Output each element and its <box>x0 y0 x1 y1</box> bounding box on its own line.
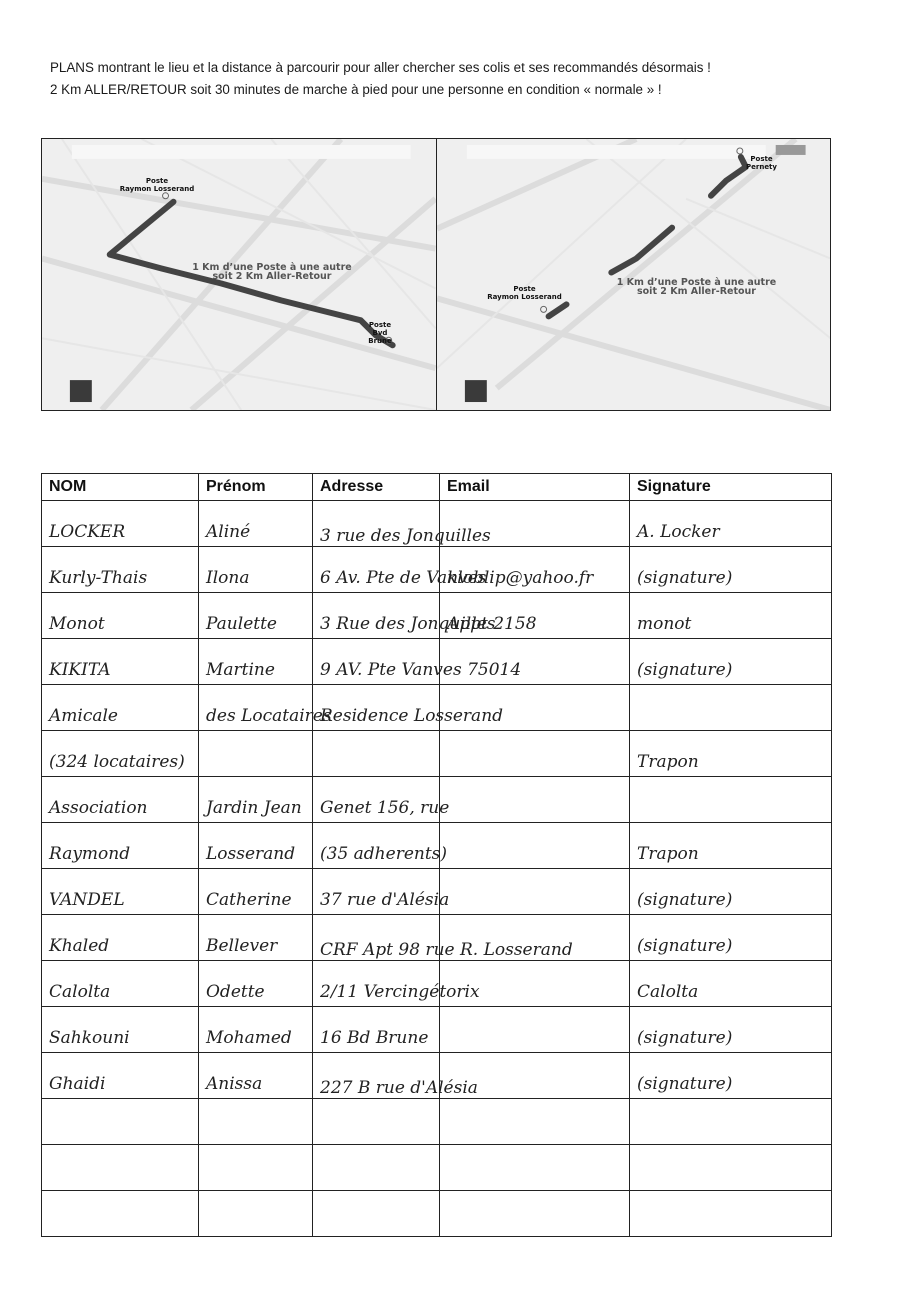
cell-nom: Calolta <box>42 961 199 1007</box>
cell-prenom <box>199 1191 313 1237</box>
cell-prenom <box>199 731 313 777</box>
column-header-email: Email <box>440 474 630 501</box>
cell-signature: (signature) <box>630 869 832 915</box>
end-post-label: PosteBvd Brune <box>360 321 400 345</box>
cell-nom: Ghaidi <box>42 1053 199 1099</box>
cell-adresse: 227 B rue d'Alésia <box>313 1053 440 1099</box>
cell-signature: Trapon <box>630 731 832 777</box>
cell-nom: LOCKER <box>42 501 199 547</box>
table-row: LOCKERAliné3 rue des JonquillesA. Locker <box>42 501 832 547</box>
cell-email <box>440 1191 630 1237</box>
cell-signature <box>630 1145 832 1191</box>
cell-signature: (signature) <box>630 639 832 685</box>
intro-line-1: PLANS montrant le lieu et la distance à … <box>50 57 711 79</box>
cell-email <box>440 1007 630 1053</box>
cell-adresse: 3 rue des Jonquilles <box>313 501 440 547</box>
cell-prenom: Paulette <box>199 593 313 639</box>
cell-email <box>440 869 630 915</box>
cell-adresse: Residence Losserand <box>313 685 440 731</box>
cell-nom: VANDEL <box>42 869 199 915</box>
cell-adresse <box>313 1191 440 1237</box>
cell-prenom: des Locataires <box>199 685 313 731</box>
table-row: KhaledBelleverCRF Apt 98 rue R. Losseran… <box>42 915 832 961</box>
cell-signature: Trapon <box>630 823 832 869</box>
cell-nom: Monot <box>42 593 199 639</box>
cell-email: kloblip@yahoo.fr <box>440 547 630 593</box>
cell-prenom: Jardin Jean <box>199 777 313 823</box>
cell-email <box>440 777 630 823</box>
cell-adresse: 2/11 Vercingétorix <box>313 961 440 1007</box>
start-post-label: PosteRaymon Losserand <box>485 285 565 301</box>
table-row: RaymondLosserand(35 adherents)Trapon <box>42 823 832 869</box>
map-route-graphic <box>437 139 831 410</box>
cell-adresse: 37 rue d'Alésia <box>313 869 440 915</box>
cell-signature <box>630 1099 832 1145</box>
cell-prenom: Catherine <box>199 869 313 915</box>
cell-prenom: Mohamed <box>199 1007 313 1053</box>
cell-signature <box>630 777 832 823</box>
cell-email: Appt 2158 <box>440 593 630 639</box>
column-header-nom: NOM <box>42 474 199 501</box>
cell-adresse: (35 adherents) <box>313 823 440 869</box>
table-row: Amicaledes LocatairesResidence Losserand <box>42 685 832 731</box>
petition-table: NOM Prénom Adresse Email Signature LOCKE… <box>41 473 832 1237</box>
table-row: (324 locataires)Trapon <box>42 731 832 777</box>
table-row: VANDELCatherine37 rue d'Alésia(signature… <box>42 869 832 915</box>
cell-email <box>440 1145 630 1191</box>
cell-prenom: Aliné <box>199 501 313 547</box>
cell-nom <box>42 1099 199 1145</box>
cell-signature <box>630 685 832 731</box>
cell-nom: Association <box>42 777 199 823</box>
cell-nom: (324 locataires) <box>42 731 199 777</box>
table-row: MonotPaulette3 Rue des JonquillesAppt 21… <box>42 593 832 639</box>
table-row: Kurly-ThaisIlona6 Av. Pte de Vanvesklobl… <box>42 547 832 593</box>
cell-nom: KIKITA <box>42 639 199 685</box>
intro-line-2: 2 Km ALLER/RETOUR soit 30 minutes de mar… <box>50 79 711 101</box>
cell-signature: (signature) <box>630 1007 832 1053</box>
cell-nom: Khaled <box>42 915 199 961</box>
cell-adresse: 6 Av. Pte de Vanves <box>313 547 440 593</box>
intro-text: PLANS montrant le lieu et la distance à … <box>50 57 711 101</box>
distance-caption: 1 Km d’une Poste à une autresoit 2 Km Al… <box>617 278 777 296</box>
table-row <box>42 1191 832 1237</box>
column-header-signature: Signature <box>630 474 832 501</box>
column-header-adresse: Adresse <box>313 474 440 501</box>
cell-prenom <box>199 1145 313 1191</box>
table-row <box>42 1099 832 1145</box>
cell-nom <box>42 1191 199 1237</box>
start-post-label: PosteRaymon Losserand <box>112 177 202 193</box>
column-header-prenom: Prénom <box>199 474 313 501</box>
cell-signature: monot <box>630 593 832 639</box>
cell-nom: Kurly-Thais <box>42 547 199 593</box>
cell-adresse: 16 Bd Brune <box>313 1007 440 1053</box>
cell-prenom: Anissa <box>199 1053 313 1099</box>
cell-adresse: 3 Rue des Jonquilles <box>313 593 440 639</box>
cell-adresse <box>313 731 440 777</box>
maps-panel: PosteRaymon Losserand PosteBvd Brune 1 K… <box>41 138 831 411</box>
cell-signature: (signature) <box>630 915 832 961</box>
cell-email <box>440 1099 630 1145</box>
cell-prenom: Ilona <box>199 547 313 593</box>
cell-nom <box>42 1145 199 1191</box>
cell-prenom: Losserand <box>199 823 313 869</box>
distance-caption: 1 Km d’une Poste à une autresoit 2 Km Al… <box>192 263 352 281</box>
cell-email <box>440 823 630 869</box>
end-post-label: PostePernety <box>745 155 779 171</box>
cell-adresse: CRF Apt 98 rue R. Losserand <box>313 915 440 961</box>
cell-nom: Amicale <box>42 685 199 731</box>
cell-nom: Raymond <box>42 823 199 869</box>
table-row <box>42 1145 832 1191</box>
cell-nom: Sahkouni <box>42 1007 199 1053</box>
cell-email <box>440 731 630 777</box>
table-row: KIKITAMartine9 AV. Pte Vanves 75014(sign… <box>42 639 832 685</box>
cell-signature: (signature) <box>630 547 832 593</box>
cell-prenom: Martine <box>199 639 313 685</box>
cell-adresse <box>313 1145 440 1191</box>
cell-adresse: 9 AV. Pte Vanves 75014 <box>313 639 440 685</box>
map-losserand-pernety: PosteRaymon Losserand PostePernety 1 Km … <box>436 139 831 410</box>
cell-signature: A. Locker <box>630 501 832 547</box>
cell-prenom <box>199 1099 313 1145</box>
table-row: AssociationJardin JeanGenet 156, rue <box>42 777 832 823</box>
table-row: GhaidiAnissa227 B rue d'Alésia(signature… <box>42 1053 832 1099</box>
table-row: SahkouniMohamed16 Bd Brune(signature) <box>42 1007 832 1053</box>
map-losserand-brune: PosteRaymon Losserand PosteBvd Brune 1 K… <box>42 139 436 410</box>
cell-signature <box>630 1191 832 1237</box>
cell-adresse <box>313 1099 440 1145</box>
cell-signature: (signature) <box>630 1053 832 1099</box>
table-header-row: NOM Prénom Adresse Email Signature <box>42 474 832 501</box>
cell-adresse: Genet 156, rue <box>313 777 440 823</box>
table-row: CaloltaOdette2/11 VercingétorixCalolta <box>42 961 832 1007</box>
cell-prenom: Odette <box>199 961 313 1007</box>
cell-prenom: Bellever <box>199 915 313 961</box>
cell-signature: Calolta <box>630 961 832 1007</box>
